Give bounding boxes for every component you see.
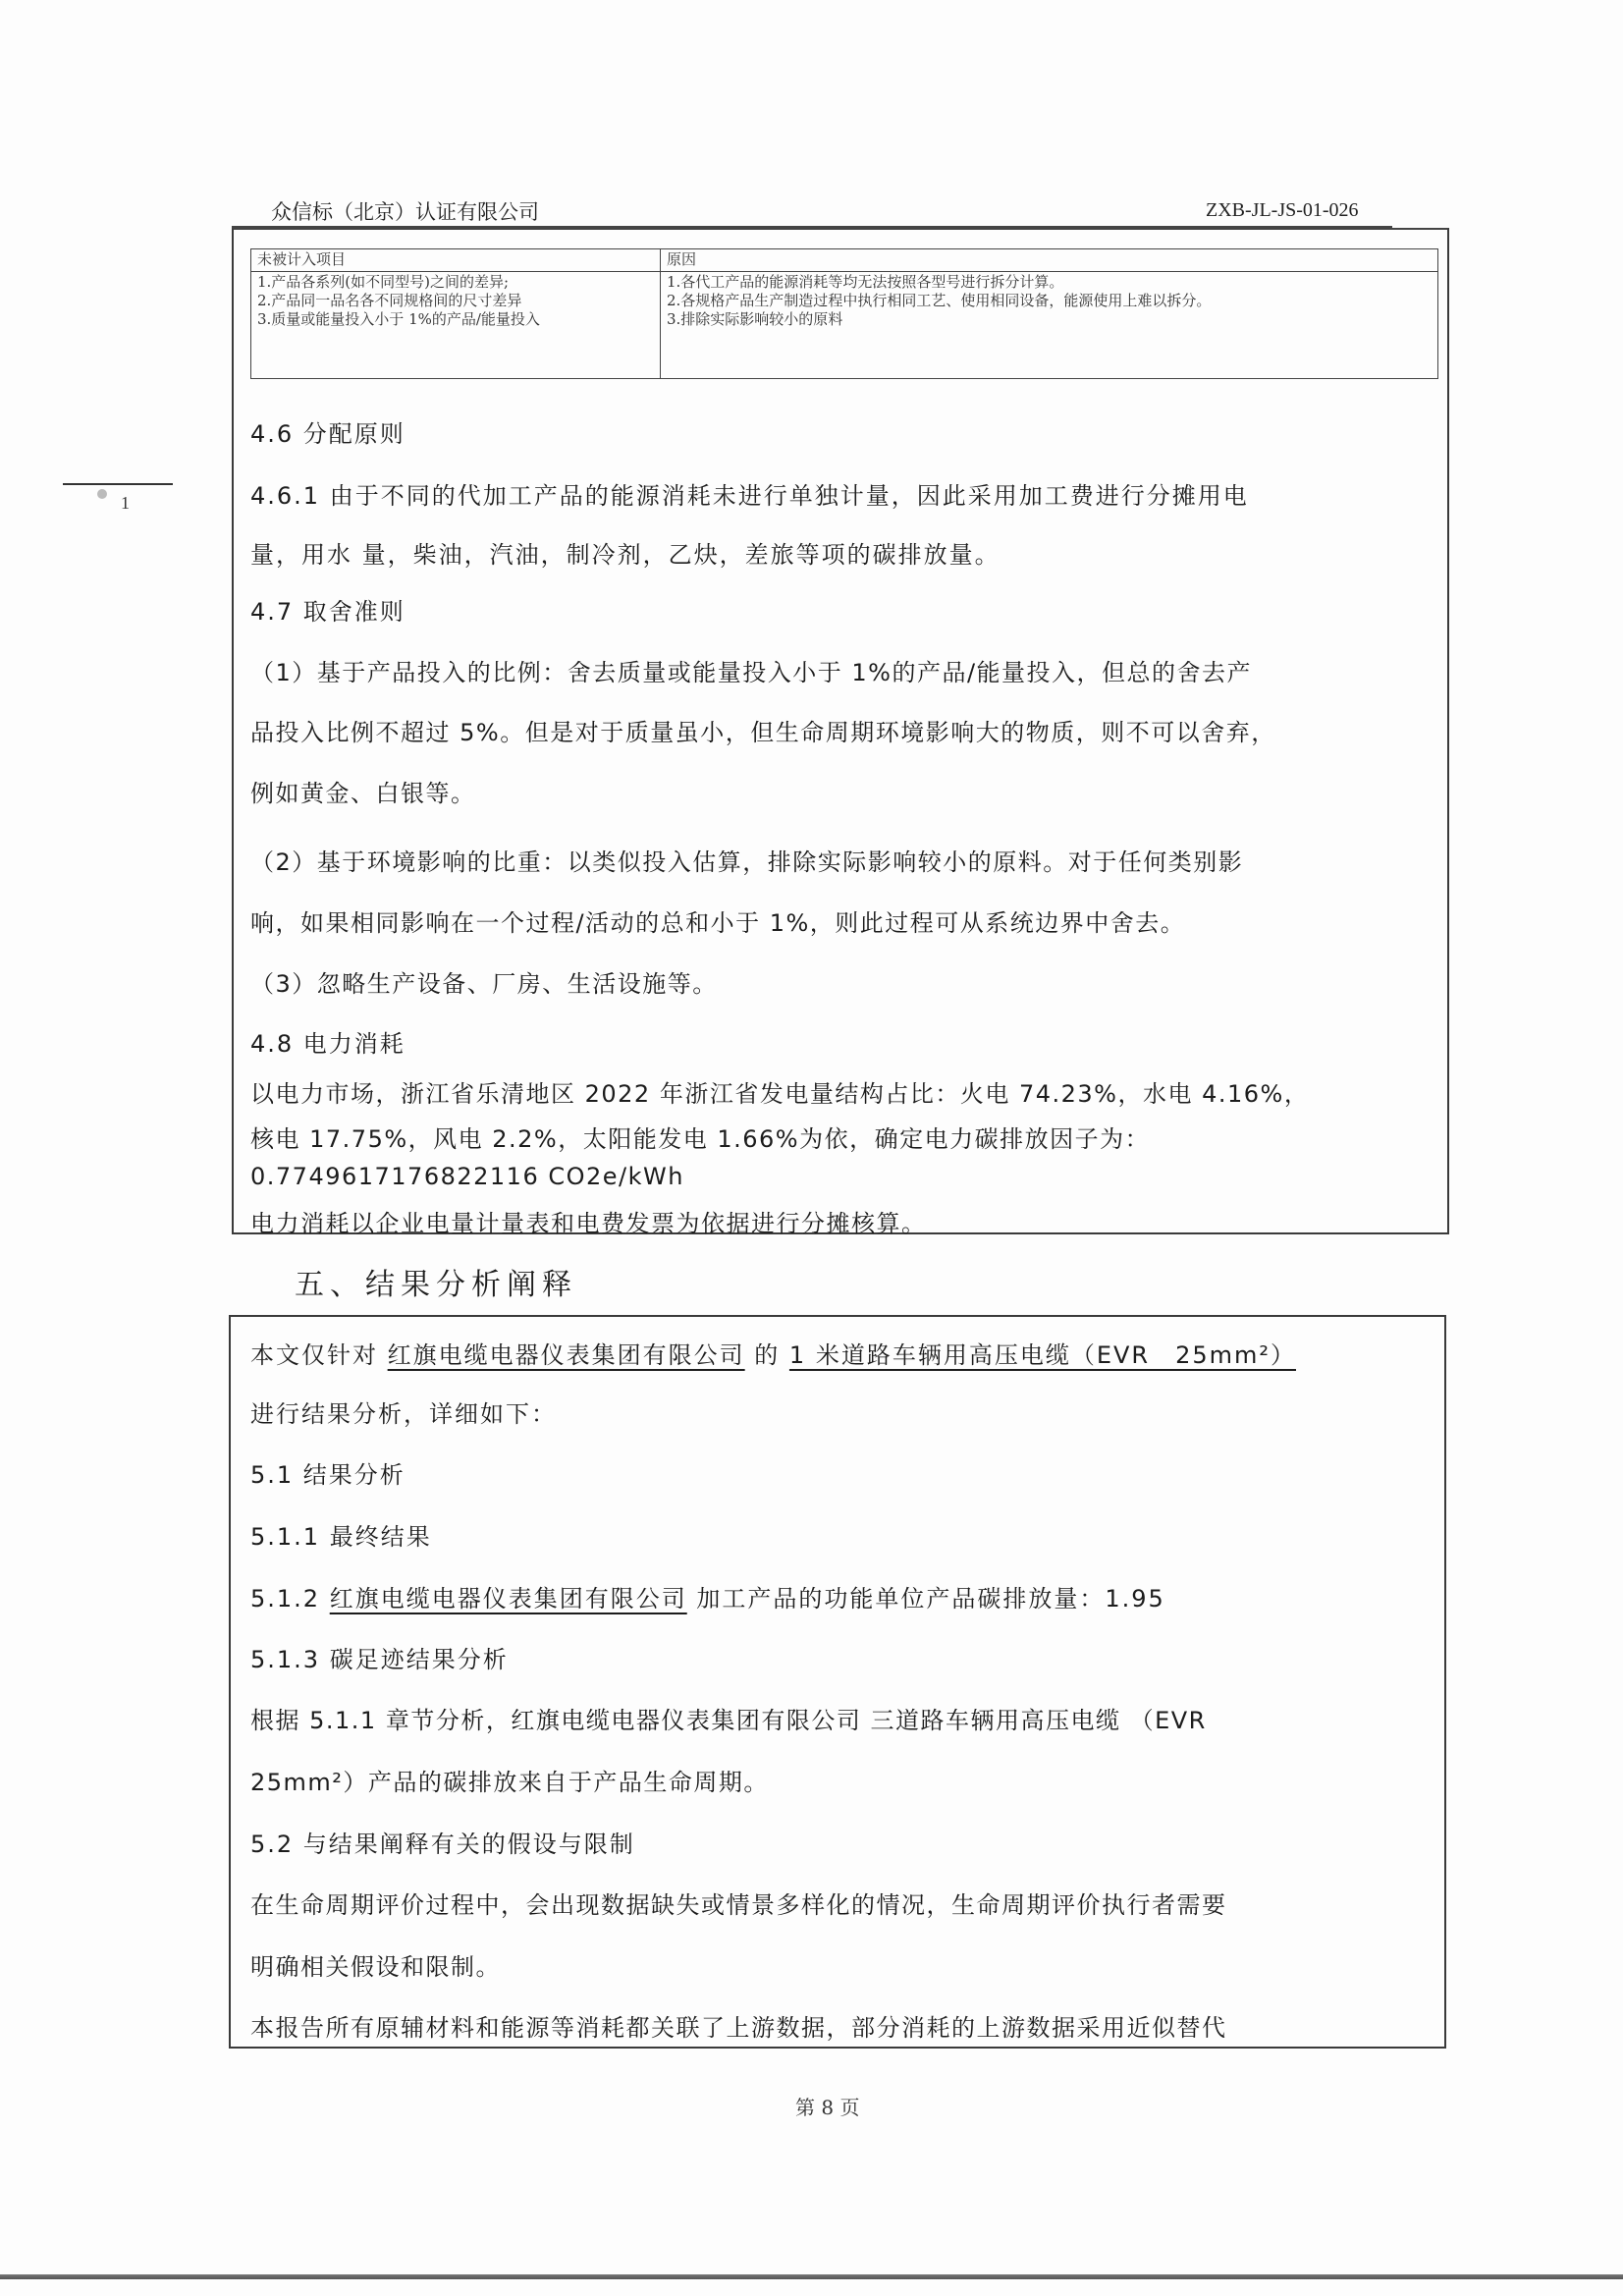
intro-mid: 的: [754, 1341, 780, 1369]
column-header-excluded-items: 未被计入项目: [251, 249, 661, 272]
heading-4-7: 4.7 取舍准则: [250, 592, 406, 627]
table-header-row: 未被计入项目 原因: [251, 249, 1438, 272]
paragraph-4-8-line1: 以电力市场，浙江省乐清地区 2022 年浙江省发电量结构占比：火电 74.23%…: [250, 1074, 1309, 1109]
paragraph-5-2-line1: 在生命周期评价过程中，会出现数据缺失或情景多样化的情况，生命周期评价执行者需要: [250, 1886, 1227, 1920]
paragraph-4-7-1-line2: 品投入比例不超过 5%。但是对于质量虽小，但生命周期环境影响大的物质，则不可以舍…: [250, 713, 1276, 747]
intro-line2: 进行结果分析，详细如下：: [250, 1394, 557, 1429]
product-name: 1 米道路车辆用高压电缆（EVR 25mm²）: [789, 1341, 1296, 1369]
heading-4-8: 4.8 电力消耗: [250, 1024, 406, 1059]
heading-5-2: 5.2 与结果阐释有关的假设与限制: [250, 1825, 635, 1859]
intro-prefix: 本文仅针对: [250, 1341, 378, 1369]
scan-edge: [0, 2274, 1623, 2279]
paragraph-4-8-line4: 电力消耗以企业电量计量表和电费发票为依据进行分摊核算。: [250, 1204, 927, 1238]
excluded-items-cell: 1.产品各系列(如不同型号)之间的差异; 2.产品同一品名各不同规格间的尺寸差异…: [251, 272, 661, 379]
page-number: 第 8 页: [795, 2092, 859, 2120]
result-prefix: 5.1.2: [250, 1585, 320, 1613]
paragraph-4-7-3: （3）忽略生产设备、厂房、生活设施等。: [250, 964, 718, 999]
paragraph-4-7-1-line3: 例如黄金、白银等。: [250, 774, 476, 808]
paragraph-5-1-3-line1: 根据 5.1.1 章节分析，红旗电缆电器仪表集团有限公司 三道路车辆用高压电缆 …: [250, 1701, 1207, 1735]
paragraph-5-2-line3: 本报告所有原辅材料和能源等消耗都关联了上游数据，部分消耗的上游数据采用近似替代: [250, 2008, 1227, 2043]
hole-punch-mark: [97, 489, 107, 499]
section5-title: 五、结果分析阐释: [295, 1260, 577, 1303]
result-suffix: 加工产品的功能单位产品碳排放量：1.95: [696, 1585, 1164, 1613]
paragraph-4-7-2-line1: （2）基于环境影响的比重：以类似投入估算，排除实际影响较小的原料。对于任何类别影: [250, 843, 1243, 877]
paragraph-5-2-line2: 明确相关假设和限制。: [250, 1947, 501, 1982]
heading-4-6: 4.6 分配原则: [250, 414, 406, 449]
company-name: 红旗电缆电器仪表集团有限公司: [388, 1341, 745, 1369]
table-row: 1.产品各系列(如不同型号)之间的差异; 2.产品同一品名各不同规格间的尺寸差异…: [251, 272, 1438, 379]
document-code: ZXB-JL-JS-01-026: [1206, 199, 1359, 222]
intro-line1: 本文仅针对 红旗电缆电器仪表集团有限公司 的 1 米道路车辆用高压电缆（EVR …: [250, 1336, 1296, 1370]
margin-rule: [63, 483, 173, 485]
result-line-5-1-2: 5.1.2 红旗电缆电器仪表集团有限公司 加工产品的功能单位产品碳排放量：1.9…: [250, 1579, 1165, 1613]
paragraph-4-8-line2: 核电 17.75%，风电 2.2%，太阳能发电 1.66%为依，确定电力碳排放因…: [250, 1120, 1150, 1154]
paragraph-4-6-1-line2: 量，用水 量，柴油，汽油，制冷剂，乙炔，差旅等项的碳排放量。: [250, 535, 1001, 570]
paragraph-5-1-3-line2: 25mm²）产品的碳排放来自于产品生命周期。: [250, 1763, 769, 1797]
heading-5-1-3: 5.1.3 碳足迹结果分析: [250, 1640, 509, 1674]
heading-5-1: 5.1 结果分析: [250, 1455, 406, 1490]
exclusion-table: 未被计入项目 原因 1.产品各系列(如不同型号)之间的差异; 2.产品同一品名各…: [250, 248, 1438, 379]
company-header: 众信标（北京）认证有限公司: [271, 196, 539, 226]
paragraph-4-6-1-line1: 4.6.1 由于不同的代加工产品的能源消耗未进行单独计量，因此采用加工费进行分摊…: [250, 476, 1249, 511]
result-company: 红旗电缆电器仪表集团有限公司: [330, 1585, 687, 1613]
margin-number: 1: [121, 493, 130, 514]
reason-cell: 1.各代工产品的能源消耗等均无法按照各型号进行拆分计算。 2.各规格产品生产制造…: [661, 272, 1438, 379]
paragraph-4-7-1-line1: （1）基于产品投入的比例：舍去质量或能量投入小于 1%的产品/能量投入，但总的舍…: [250, 653, 1252, 687]
heading-5-1-1: 5.1.1 最终结果: [250, 1517, 432, 1552]
paragraph-4-7-2-line2: 响，如果相同影响在一个过程/活动的总和小于 1%，则此过程可从系统边界中舍去。: [250, 903, 1185, 938]
column-header-reason: 原因: [661, 249, 1438, 272]
emission-factor: 0.7749617176822116 CO2e/kWh: [250, 1163, 684, 1190]
